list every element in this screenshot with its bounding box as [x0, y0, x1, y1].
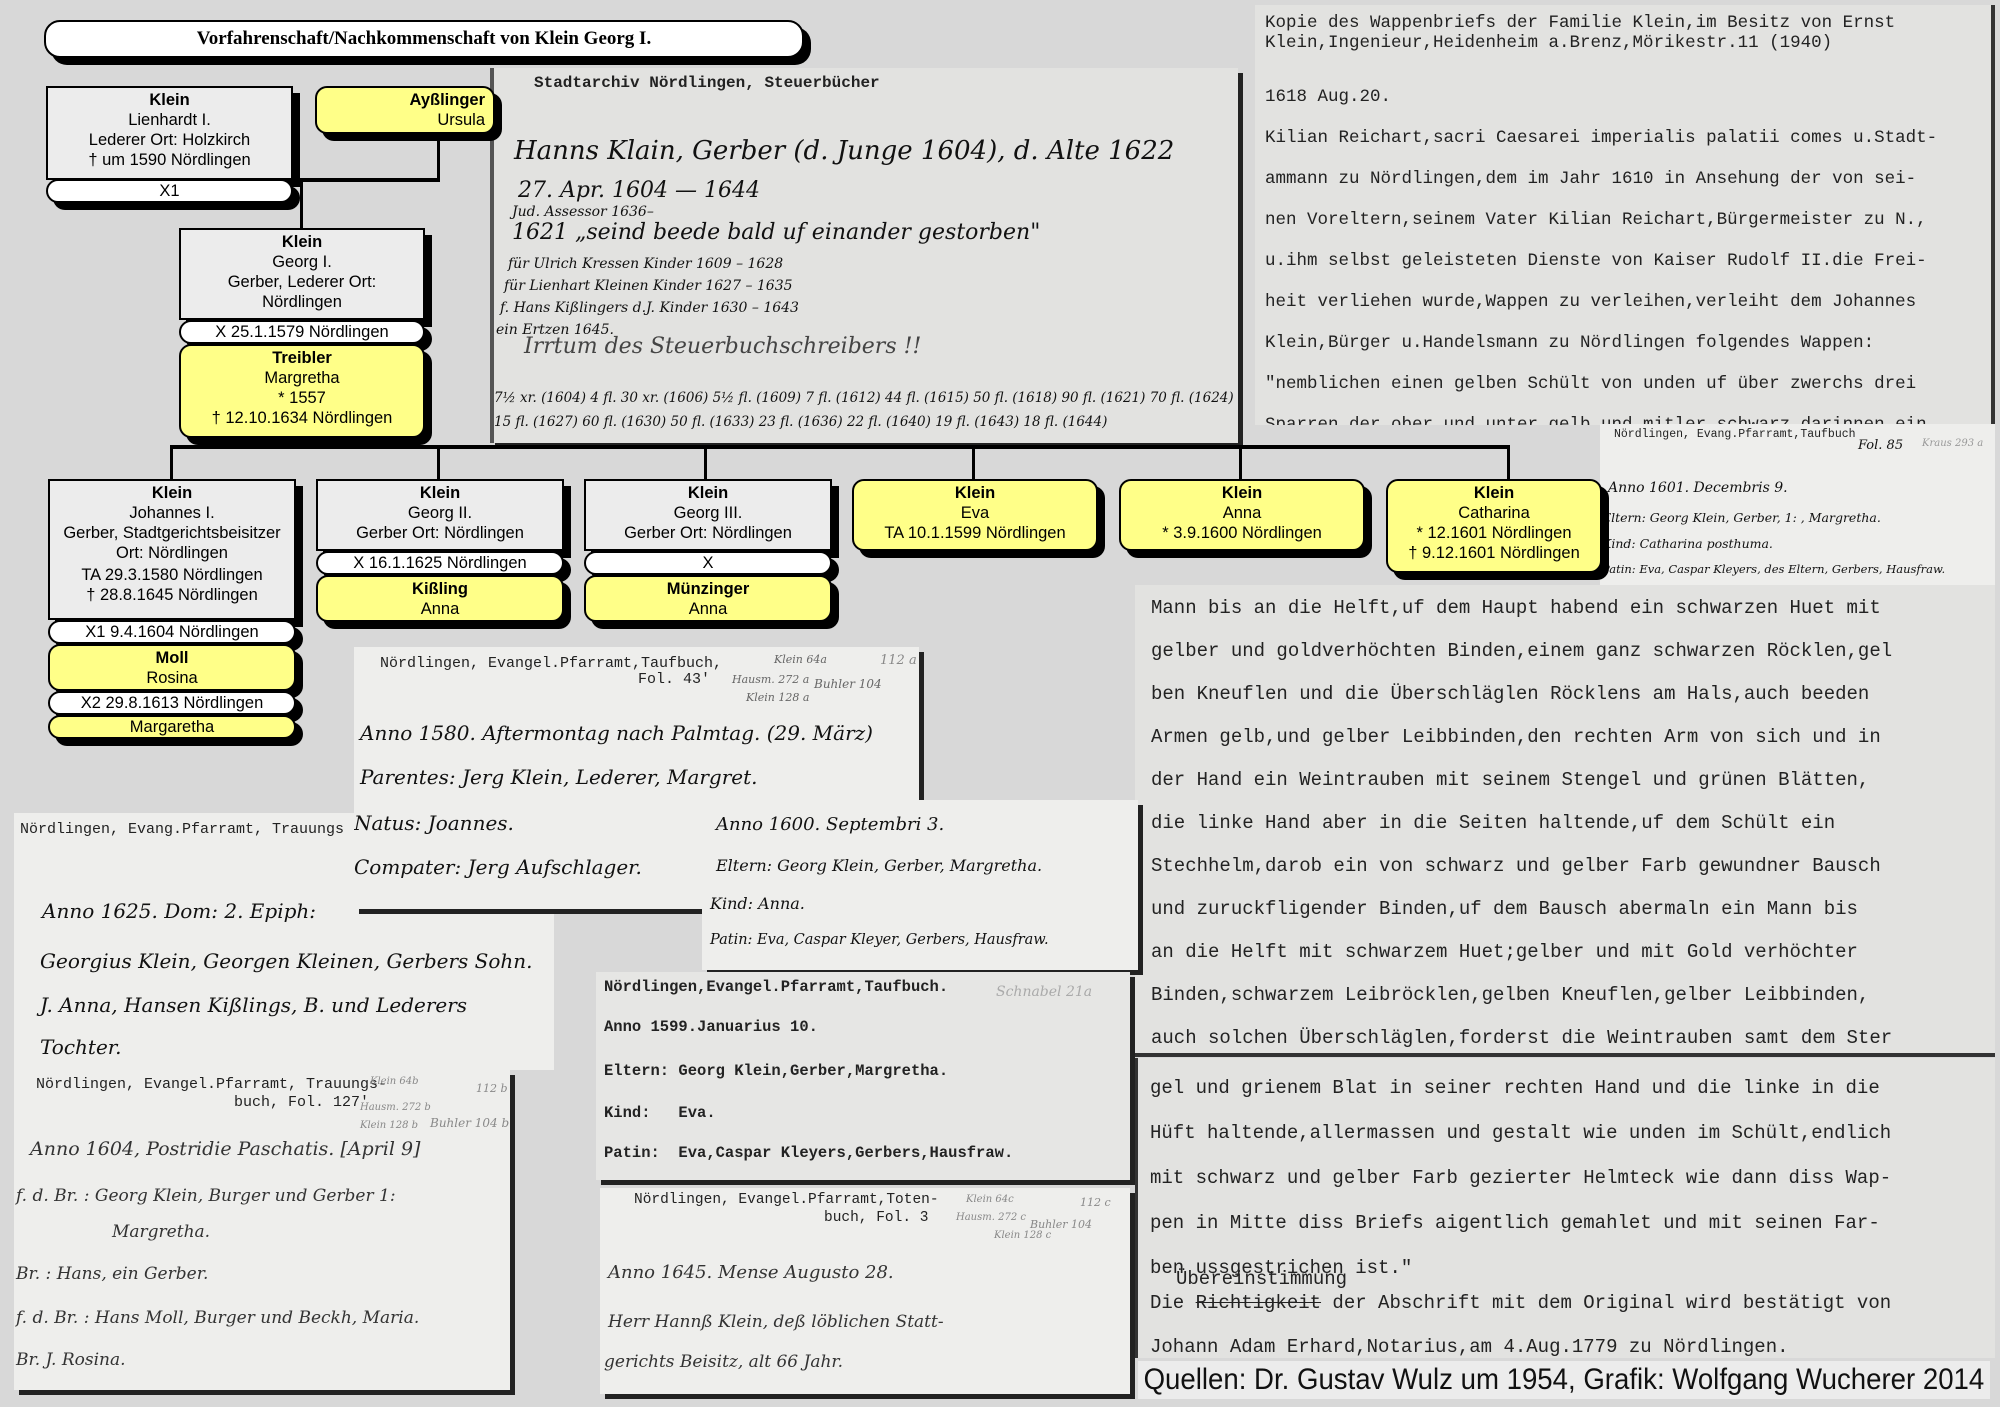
person-ursula-ayssliner[interactable]: Ayßlinger Ursula	[315, 86, 495, 134]
doc-trauungsbuch-1604: Nördlingen, Evangel.Pfarramt, Trauungs- …	[14, 1070, 510, 1390]
marriage-bar: X	[584, 551, 832, 575]
struck-word: Richtigkeit	[1196, 1292, 1321, 1314]
doc-header: Stadtarchiv Nördlingen, Steuerbücher	[534, 74, 880, 92]
notary-signature: Johann Adam Erhard,Notarius,am 4.Aug.177…	[1150, 1336, 1789, 1358]
person-anna-kissling[interactable]: Kißling Anna	[316, 575, 564, 622]
doc-wappenbrief: Kopie des Wappenbriefs der Familie Klein…	[1255, 5, 1995, 425]
person-margaretha[interactable]: Margaretha	[48, 715, 296, 739]
person-margretha-treibler[interactable]: Treibler Margretha * 1557 † 12.10.1634 N…	[179, 344, 425, 438]
person-georg-ii-klein[interactable]: Klein Georg II. Gerber Ort: Nördlingen	[316, 479, 564, 551]
marriage-bar: X2 29.8.1613 Nördlingen	[48, 691, 296, 715]
doc-taufbuch-1601: Nördlingen, Evang.Pfarramt,Taufbuch Fol.…	[1600, 424, 1995, 589]
connector	[170, 447, 173, 479]
doc-taufbuch-1599: Nördlingen,Evangel.Pfarramt,Taufbuch. Sc…	[596, 972, 1130, 1180]
marriage-bar: X1	[46, 179, 293, 203]
person-lienhardt-klein[interactable]: Klein Lienhardt I. Lederer Ort: Holzkirc…	[46, 86, 293, 180]
page-title: Vorfahrenschaft/Nachkommenschaft von Kle…	[44, 20, 804, 58]
person-johannes-i-klein[interactable]: Klein Johannes I. Gerber, Stadtgerichtsb…	[48, 479, 296, 620]
sources-credit: Quellen: Dr. Gustav Wulz um 1954, Grafik…	[1138, 1361, 1990, 1399]
doc-steuerbuecher: Stadtarchiv Nördlingen, Steuerbücher Han…	[490, 68, 1238, 443]
connector	[1239, 447, 1242, 479]
connector	[1507, 447, 1510, 479]
person-eva-klein[interactable]: Klein Eva TA 10.1.1599 Nördlingen	[852, 479, 1098, 551]
marriage-bar: X 25.1.1579 Nördlingen	[179, 320, 425, 344]
person-rosina-moll[interactable]: Moll Rosina	[48, 644, 296, 691]
marriage-bar: X1 9.4.1604 Nördlingen	[48, 620, 296, 644]
doc-wappenbrief-end: gel und grienem Blat in seiner rechten H…	[1135, 1058, 1995, 1358]
person-anna-klein[interactable]: Klein Anna * 3.9.1600 Nördlingen	[1119, 479, 1365, 551]
marriage-bar: X 16.1.1625 Nördlingen	[316, 551, 564, 575]
person-anna-muenzinger[interactable]: Münzinger Anna	[584, 575, 832, 622]
doc-totenbuch-1645: Nördlingen, Evangel.Pfarramt,Toten- buch…	[600, 1188, 1130, 1394]
doc-wappenbrief-cont: Mann bis an die Helft,uf dem Haupt haben…	[1135, 585, 1995, 1057]
person-catharina-klein[interactable]: Klein Catharina * 12.1601 Nördlingen † 9…	[1386, 479, 1602, 573]
connector	[170, 445, 1510, 449]
connector	[437, 447, 440, 479]
connector	[300, 180, 303, 230]
person-georg-i-klein[interactable]: Klein Georg I. Gerber, Lederer Ort: Nörd…	[179, 228, 425, 320]
doc-taufbuch-1600: Anno 1600. Septembri 3. Eltern: Georg Kl…	[702, 800, 1138, 970]
connector	[704, 447, 707, 479]
person-georg-iii-klein[interactable]: Klein Georg III. Gerber Ort: Nördlingen	[584, 479, 832, 551]
correction-note: Übereinstimmung	[1176, 1268, 1347, 1290]
connector	[972, 447, 975, 479]
